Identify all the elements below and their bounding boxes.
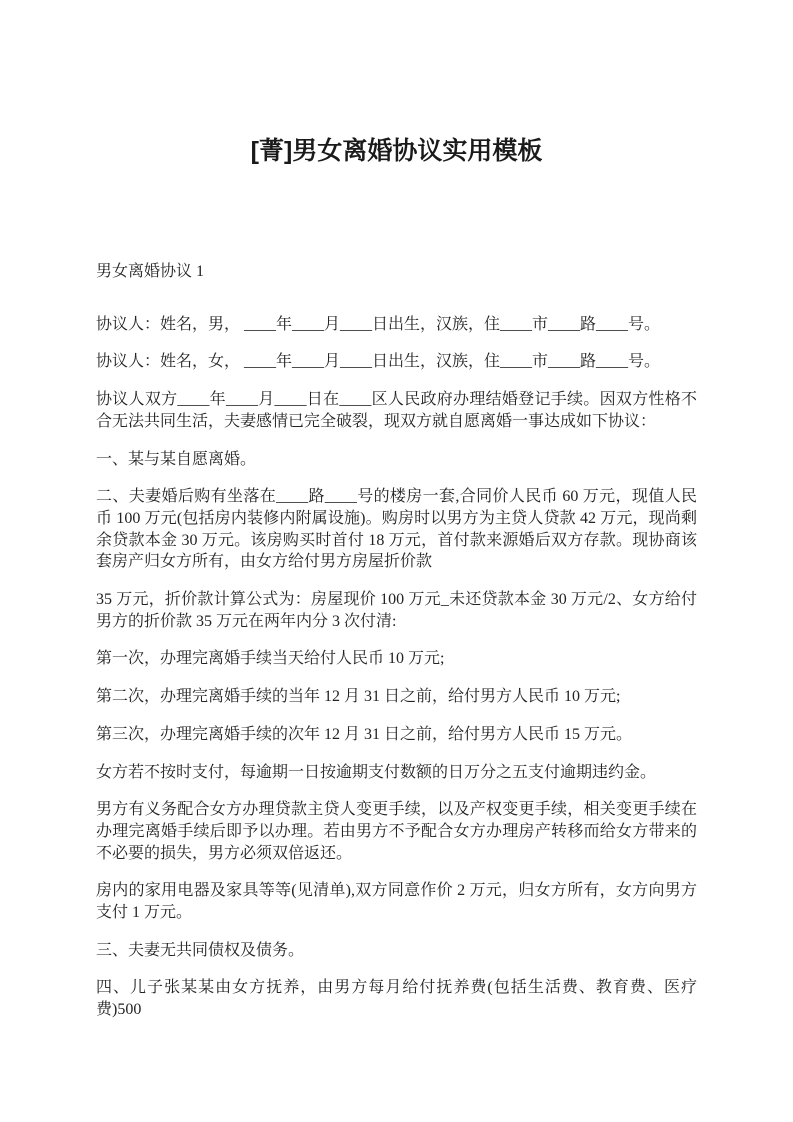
clause-2-payment-formula: 35 万元，折价款计算公式为：房屋现价 100 万元_未还贷款本金 30 万元/… [96,589,697,632]
paragraph-party-female: 协议人：姓名，女， ____年____月____日出生，汉族，住____市___… [96,351,697,373]
document-subtitle: 男女离婚协议 1 [96,261,697,283]
payment-installment-first: 第一次，办理完离婚手续当天给付人民币 10 万元; [96,648,697,670]
document-title: [菁]男女离婚协议实用模板 [96,136,697,166]
paragraph-party-male: 协议人：姓名，男， ____年____月____日出生，汉族，住____市___… [96,314,697,336]
clause-4-child-custody: 四、儿子张某某由女方抚养，由男方每月给付抚养费(包括生活费、教育费、医疗费)50… [96,977,697,1020]
payment-installment-second: 第二次，办理完离婚手续的当年 12 月 31 日之前，给付男方人民币 10 万元… [96,686,697,708]
appliances-furniture-settlement: 房内的家用电器及家具等等(见清单),双方同意作价 2 万元，归女方所有，女方向男… [96,880,697,923]
late-payment-penalty: 女方若不按时支付，每逾期一日按逾期支付数额的日万分之五支付逾期违约金。 [96,762,697,784]
clause-2-house-property: 二、夫妻婚后购有坐落在____路____号的楼房一套,合同价人民币 60 万元，… [96,486,697,573]
paragraph-preamble: 协议人双方____年____月____日在____区人民政府办理结婚登记手续。因… [96,389,697,432]
clause-3-no-joint-debts: 三、夫妻无共同债权及债务。 [96,940,697,962]
payment-installment-third: 第三次，办理完离婚手续的次年 12 月 31 日之前，给付男方人民币 15 万元… [96,724,697,746]
transfer-cooperation-obligation: 男方有义务配合女方办理贷款主贷人变更手续，以及产权变更手续，相关变更手续在办理完… [96,799,697,864]
document-page: [菁]男女离婚协议实用模板 男女离婚协议 1 协议人：姓名，男， ____年__… [0,0,793,1122]
clause-1-voluntary-divorce: 一、某与某自愿离婚。 [96,449,697,471]
